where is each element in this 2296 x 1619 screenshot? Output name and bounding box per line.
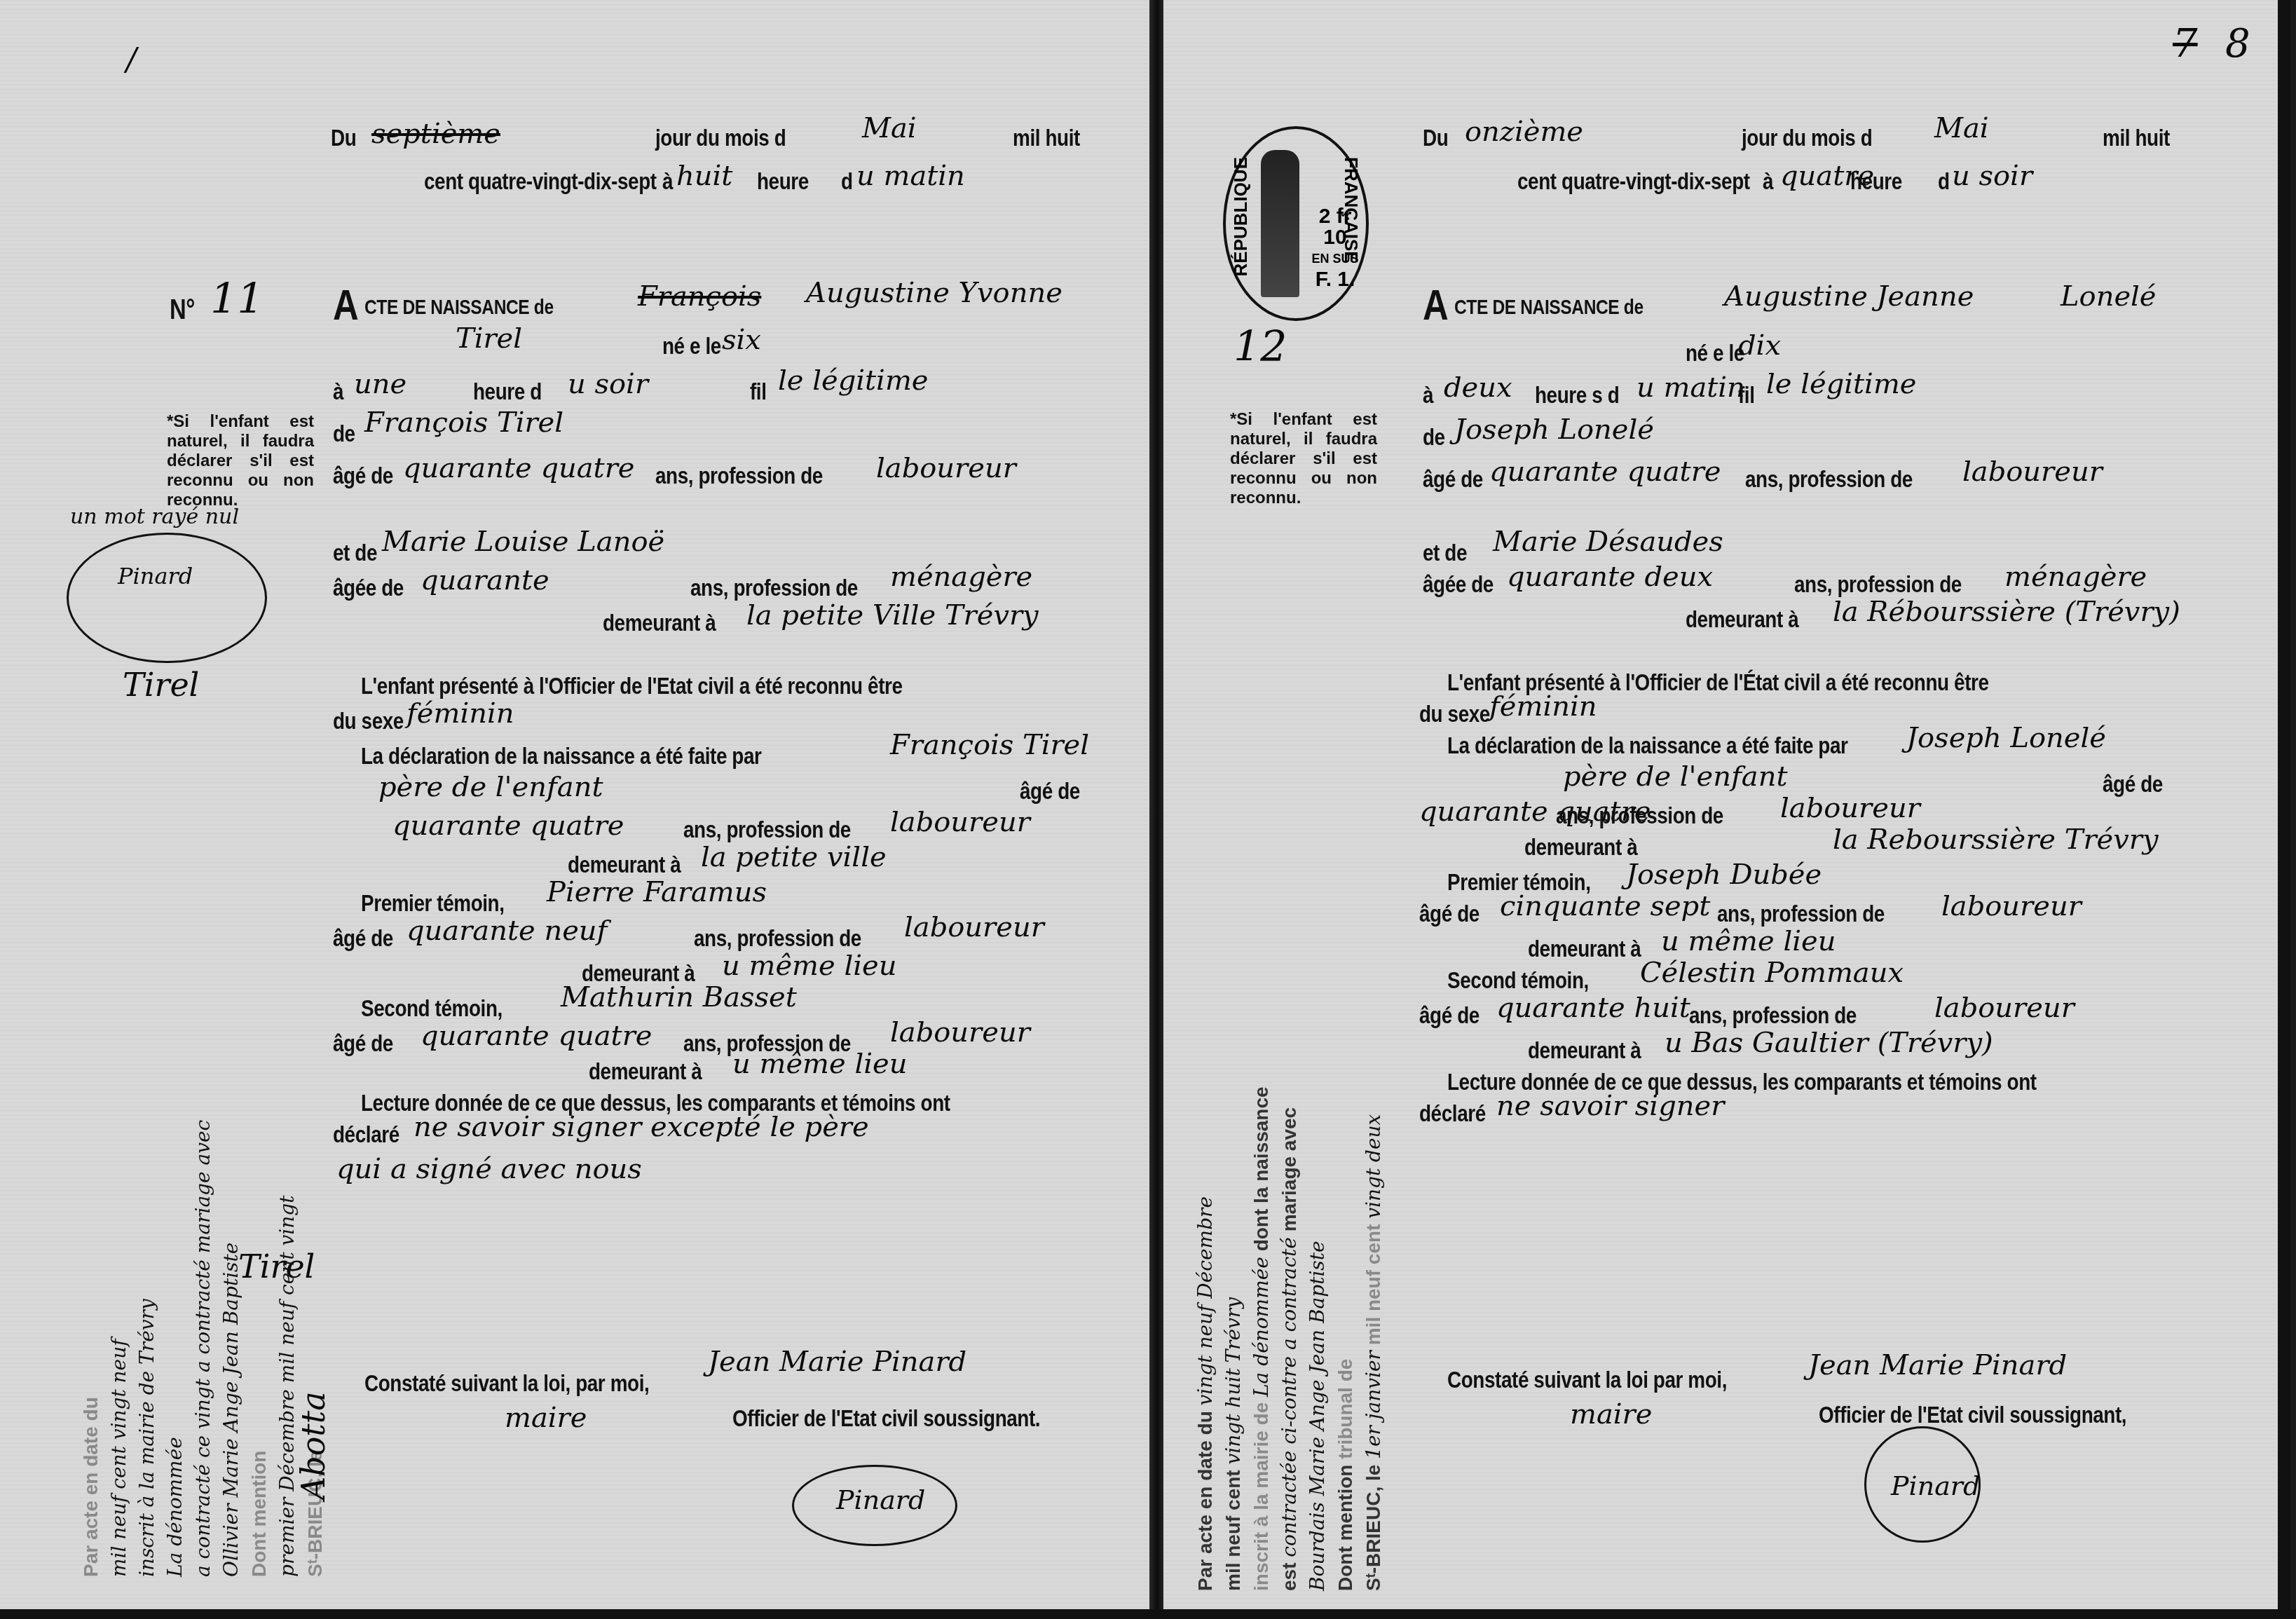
- father-age-label: âgé de: [333, 463, 393, 490]
- acte-title-initial: A: [333, 280, 358, 330]
- a-label-2: à: [1423, 382, 1433, 409]
- mil-huit-label: mil huit: [1013, 125, 1080, 152]
- day-value: onzième: [1465, 116, 1583, 148]
- mention-line-1: Par acte en date du vingt neuf Décembre: [1191, 1086, 1219, 1591]
- marriage-mention-left: Par acte en date du mil neuf cent vingt …: [77, 1120, 329, 1577]
- left-corner-mark: /: [126, 42, 137, 78]
- heure-label-2: heure s d: [1535, 382, 1619, 409]
- declarant-age-label: âgé de: [2103, 771, 2163, 798]
- stamp-text-left: RÉPUBLIQUE: [1230, 157, 1252, 276]
- stamp-value-3: F. 1.: [1304, 269, 1366, 290]
- witness2-label: Second témoin,: [1447, 967, 1589, 995]
- act-number: 11: [210, 275, 264, 324]
- mention-print-5: est: [1278, 1563, 1300, 1591]
- parents-residence: la Rébourssière (Trévry): [1833, 596, 2180, 628]
- witness2-age: quarante huit: [1496, 992, 1690, 1024]
- demeurant-label: demeurant à: [1686, 606, 1798, 634]
- mention-hand-1: mil neuf cent vingt neuf: [105, 1120, 133, 1577]
- mention-print-2: mil neuf cent: [1222, 1470, 1244, 1591]
- ne-le-label: né e le: [662, 333, 721, 360]
- declarant-relation: père de l'enfant: [378, 771, 603, 803]
- heure-label-2: heure d: [473, 378, 542, 406]
- officer-name: Jean Marie Pinard: [708, 1346, 966, 1378]
- birth-hour: une: [354, 368, 406, 400]
- month-value: Mai: [862, 112, 917, 144]
- declarant-residence-label: demeurant à: [1524, 834, 1637, 861]
- mention-line-4: est contractée ci-contre a contracté mar…: [1276, 1086, 1304, 1591]
- father-age: quarante quatre: [1489, 456, 1721, 488]
- officer-signature: Pinard: [1891, 1470, 1980, 1501]
- mention-line-3: inscrit à la mairie de La dénommée dont …: [1248, 1086, 1276, 1591]
- clerk-signature: Abotta: [294, 1391, 332, 1500]
- witness1-age-label: âgé de: [1419, 901, 1480, 928]
- witness1-name: Pierre Faramus: [547, 876, 767, 908]
- mention-print-2: Dont mention: [245, 1120, 273, 1577]
- witness1-name: Joseph Dubée: [1626, 859, 1822, 891]
- a-label: à: [662, 168, 673, 196]
- mention-print-6: mariage avec: [1278, 1107, 1300, 1231]
- mother-name: Marie Louise Lanoë: [382, 526, 664, 558]
- mention-hand-3: La dénommée: [161, 1120, 189, 1577]
- margin-annotation-struck-word: un mot rayé nul: [70, 505, 239, 529]
- officer-label: Officier de l'Etat civil soussignant.: [732, 1405, 1040, 1433]
- mention-hand-2: inscrit à la mairie de Trévry: [133, 1120, 161, 1577]
- witness2-profession: laboureur: [1934, 992, 2075, 1024]
- mention-hand-5: Ollivier Marie Ange Jean Baptiste: [217, 1120, 245, 1577]
- margin-initials: Pinard: [118, 563, 193, 589]
- declarant-residence: la Rebourssière Trévry: [1833, 824, 2159, 856]
- register-spread: / 7 8 Du septième jour du mois d Mai mil…: [0, 0, 2296, 1619]
- sexe-value: féminin: [1489, 690, 1597, 723]
- struck-name: François: [638, 280, 761, 313]
- declare-text-2: qui a signé avec nous: [336, 1153, 642, 1185]
- witness2-age: quarante quatre: [421, 1020, 652, 1052]
- a-label-2: à: [333, 378, 343, 406]
- mention-print-9: Sᵗ-BRIEUC, le: [1362, 1465, 1384, 1591]
- et-de-label: et de: [333, 540, 377, 567]
- witness2-residence-label: demeurant à: [589, 1058, 702, 1086]
- witness1-residence-label: demeurant à: [1528, 936, 1641, 963]
- acte-title-initial: A: [1423, 280, 1448, 330]
- sexe-label: du sexe: [333, 708, 404, 735]
- stamp-value-2: EN SUS: [1304, 248, 1366, 269]
- child-first-names: Augustine Jeanne: [1724, 280, 1974, 313]
- d-label: d: [841, 168, 853, 196]
- birth-period: u matin: [1636, 371, 1745, 404]
- witness2-name: Célestin Pommaux: [1640, 957, 1904, 989]
- witness1-profession: laboureur: [1941, 890, 2082, 922]
- mention-hand-1: vingt neuf Décembre: [1194, 1196, 1217, 1405]
- birth-period: u soir: [568, 368, 648, 400]
- declaration-label: La déclaration de la naissance a été fai…: [1447, 732, 1848, 760]
- presented-text: L'enfant présenté à l'Officier de l'Etat…: [361, 673, 903, 700]
- page-number: 8: [2225, 21, 2250, 67]
- sexe-label: du sexe: [1419, 701, 1490, 728]
- fil-label: fil: [750, 378, 767, 406]
- parents-residence: la petite Ville Trévry: [746, 599, 1039, 631]
- mother-profession-label: ans, profession de: [690, 575, 858, 602]
- mention-print-3: Sᵗ-BRIEUC, le: [301, 1120, 329, 1577]
- father-age: quarante quatre: [403, 452, 635, 484]
- mention-hand-6: premier Décembre mil neuf cent vingt: [273, 1120, 301, 1577]
- a-label: à: [1763, 168, 1773, 196]
- mention-hand-2: vingt huit: [1222, 1368, 1245, 1464]
- mother-profession: ménagère: [2004, 561, 2147, 593]
- act-number-label: N°: [170, 294, 195, 326]
- witness1-age-label: âgé de: [333, 925, 393, 952]
- filiation: le légitime: [778, 364, 929, 397]
- marriage-mention-right: Par acte en date du vingt neuf Décembre …: [1191, 1086, 1388, 1591]
- witness2-profession: laboureur: [890, 1016, 1030, 1048]
- sexe-value: féminin: [406, 697, 514, 730]
- justice-figure-icon: [1261, 150, 1299, 297]
- witness1-profession-label: ans, profession de: [694, 925, 861, 952]
- officer-title: maire: [1570, 1398, 1652, 1430]
- declarant-residence: la petite ville: [701, 841, 887, 873]
- declarant-name: Joseph Lonelé: [1906, 722, 2106, 754]
- margin-note-natural-child: *Si l'enfant est naturel, il faudra décl…: [1230, 410, 1377, 508]
- act-number: 12: [1234, 322, 1287, 371]
- birth-hour: deux: [1444, 371, 1512, 404]
- witness1-residence: u même lieu: [1661, 925, 1836, 957]
- officer-title: maire: [505, 1402, 587, 1434]
- mention-print-1: Par acte en date du: [1194, 1411, 1216, 1591]
- mention-hand-3: Trévry: [1222, 1297, 1245, 1363]
- birth-day: six: [722, 324, 761, 356]
- witness1-residence: u même lieu: [722, 950, 896, 982]
- mention-print-7: Dont mention: [1334, 1465, 1356, 1591]
- mother-profession: ménagère: [890, 561, 1032, 593]
- mention-hand-7: 1er janvier: [1362, 1351, 1385, 1459]
- tax-stamp: RÉPUBLIQUE FRANÇAISE 2 fr 10 EN SUS F. 1…: [1223, 126, 1369, 321]
- declarant-relation: père de l'enfant: [1563, 760, 1788, 793]
- declarant-profession: laboureur: [1780, 792, 1920, 824]
- stamp-value: 2 fr 10 EN SUS F. 1.: [1304, 206, 1366, 290]
- demeurant-label: demeurant à: [603, 610, 716, 637]
- mention-line-7: Sᵗ-BRIEUC, le 1er janvier mil neuf cent …: [1360, 1086, 1388, 1591]
- child-surname: Tirel: [456, 322, 522, 355]
- father-name: François Tirel: [364, 407, 563, 439]
- witness2-profession-label: ans, profession de: [1689, 1002, 1857, 1030]
- de-label: de: [333, 421, 355, 448]
- birth-day: dix: [1738, 329, 1781, 362]
- mother-age: quarante: [421, 564, 549, 596]
- declarant-name: François Tirel: [890, 729, 1089, 761]
- witness2-residence-label: demeurant à: [1528, 1037, 1641, 1065]
- period-value: u soir: [1952, 160, 2032, 192]
- constate-label: Constaté suivant la loi, par moi,: [364, 1370, 649, 1398]
- officer-label: Officier de l'Etat civil soussignant,: [1819, 1402, 2126, 1429]
- officer-signature-flourish: Pinard: [1864, 1426, 1981, 1543]
- mother-age-label: âgée de: [1423, 571, 1494, 599]
- period-value: u matin: [856, 160, 965, 192]
- witness1-age: quarante neuf: [406, 915, 607, 947]
- mention-print-8: tribunal de: [1334, 1359, 1356, 1459]
- father-age-label: âgé de: [1423, 466, 1483, 493]
- book-gutter: [1149, 0, 1165, 1619]
- mil-huit-label: mil huit: [2103, 125, 2170, 152]
- witness2-age-label: âgé de: [333, 1030, 393, 1058]
- witness1-age: cinquante sept: [1500, 890, 1710, 922]
- mention-print-1: Par acte en date du: [77, 1120, 105, 1577]
- year-label: cent quatre-vingt-dix-sept: [424, 168, 657, 196]
- officer-signature: Pinard: [836, 1484, 925, 1515]
- margin-note-natural-child: *Si l'enfant est naturel, il faudra décl…: [167, 412, 314, 510]
- witness1-profession: laboureur: [904, 911, 1044, 943]
- witness2-residence: u Bas Gaultier (Trévry): [1665, 1027, 1993, 1059]
- witness2-name: Mathurin Basset: [561, 981, 797, 1013]
- constate-label: Constaté suivant la loi par moi,: [1447, 1367, 1727, 1394]
- mention-print-10: mil neuf cent: [1362, 1224, 1384, 1346]
- declarant-age: quarante quatre: [392, 809, 624, 842]
- witness2-label: Second témoin,: [361, 995, 503, 1023]
- declare-label: déclaré: [333, 1121, 399, 1149]
- declarant-residence-label: demeurant à: [568, 852, 681, 879]
- declarant-age-label: âgé de: [1020, 778, 1080, 805]
- ne-le-label: né e le: [1686, 340, 1744, 367]
- witness1-profession-label: ans, profession de: [1717, 901, 1885, 928]
- mother-profession-label: ans, profession de: [1794, 571, 1962, 599]
- father-profession-label: ans, profession de: [1745, 466, 1913, 493]
- mention-print-3: inscrit à la mairie de: [1250, 1402, 1272, 1591]
- father-profession-label: ans, profession de: [655, 463, 823, 490]
- du-label: Du: [331, 125, 356, 152]
- day-value: septième: [371, 118, 500, 150]
- du-label: Du: [1423, 125, 1448, 152]
- declare-text-1: ne savoir signer excepté le père: [414, 1111, 869, 1143]
- jour-du-mois-label: jour du mois d: [655, 125, 786, 152]
- jour-du-mois-label: jour du mois d: [1742, 125, 1872, 152]
- mention-hand-5: contractée ci-contre a contracté: [1278, 1237, 1301, 1557]
- mention-print-4: dont la naissance: [1250, 1086, 1272, 1251]
- declarant-profession-label: ans, profession de: [1556, 802, 1723, 830]
- mention-line-5: Bourdais Marie Ange Jean Baptiste: [1304, 1086, 1332, 1591]
- father-profession: laboureur: [1962, 456, 2103, 488]
- filiation: le légitime: [1766, 368, 1917, 400]
- mother-name: Marie Désaudes: [1493, 526, 1723, 558]
- stamp-value-1: 2 fr 10: [1304, 206, 1366, 248]
- page-bottom-edge: [0, 1609, 2296, 1619]
- officer-name: Jean Marie Pinard: [1808, 1349, 2067, 1381]
- month-value: Mai: [1934, 112, 1989, 144]
- declarant-profession: laboureur: [890, 806, 1030, 838]
- father-name: Joseph Lonelé: [1454, 414, 1654, 446]
- witness1-label: Premier témoin,: [361, 890, 505, 917]
- page-number-struck: 7: [2173, 21, 2198, 67]
- de-label: de: [1423, 424, 1445, 451]
- hour-value: huit: [676, 160, 732, 192]
- mention-hand-4: a contracté ce vingt a contracté mariage…: [189, 1120, 217, 1577]
- witness2-residence: u même lieu: [732, 1048, 907, 1080]
- child-surname: Lonelé: [2061, 280, 2157, 313]
- fil-label: fil: [1738, 382, 1755, 409]
- declare-text-1: ne savoir signer: [1496, 1090, 1724, 1122]
- father-signature: Tirel: [123, 666, 199, 704]
- mention-hand-4: La dénommée: [1250, 1257, 1273, 1397]
- margin-paraph: Pinard: [67, 533, 267, 663]
- et-de-label: et de: [1423, 540, 1467, 567]
- mention-line-2: mil neuf cent vingt huit Trévry: [1219, 1086, 1248, 1591]
- mother-age: quarante deux: [1507, 561, 1713, 593]
- year-label: cent quatre-vingt-dix-sept: [1517, 168, 1750, 196]
- mention-line-6: Dont mention tribunal de: [1332, 1086, 1360, 1591]
- father-profession: laboureur: [876, 452, 1016, 484]
- declarant-profession-label: ans, profession de: [683, 817, 851, 844]
- mention-hand-8: vingt deux: [1362, 1114, 1385, 1219]
- acte-title: CTE DE NAISSANCE de: [364, 296, 554, 320]
- witness2-age-label: âgé de: [1419, 1002, 1480, 1030]
- child-first-names: Augustine Yvonne: [806, 277, 1062, 309]
- declaration-label: La déclaration de la naissance a été fai…: [361, 743, 762, 770]
- mention-hand-6: Bourdais Marie Ange Jean Baptiste: [1306, 1241, 1329, 1591]
- heure-label: heure: [757, 168, 809, 196]
- officer-signature-flourish: Pinard: [792, 1465, 957, 1546]
- acte-title: CTE DE NAISSANCE de: [1454, 296, 1644, 320]
- mother-age-label: âgée de: [333, 575, 404, 602]
- declare-label: déclaré: [1419, 1100, 1486, 1128]
- d-label: d: [1938, 168, 1950, 196]
- heure-label: heure: [1850, 168, 1902, 196]
